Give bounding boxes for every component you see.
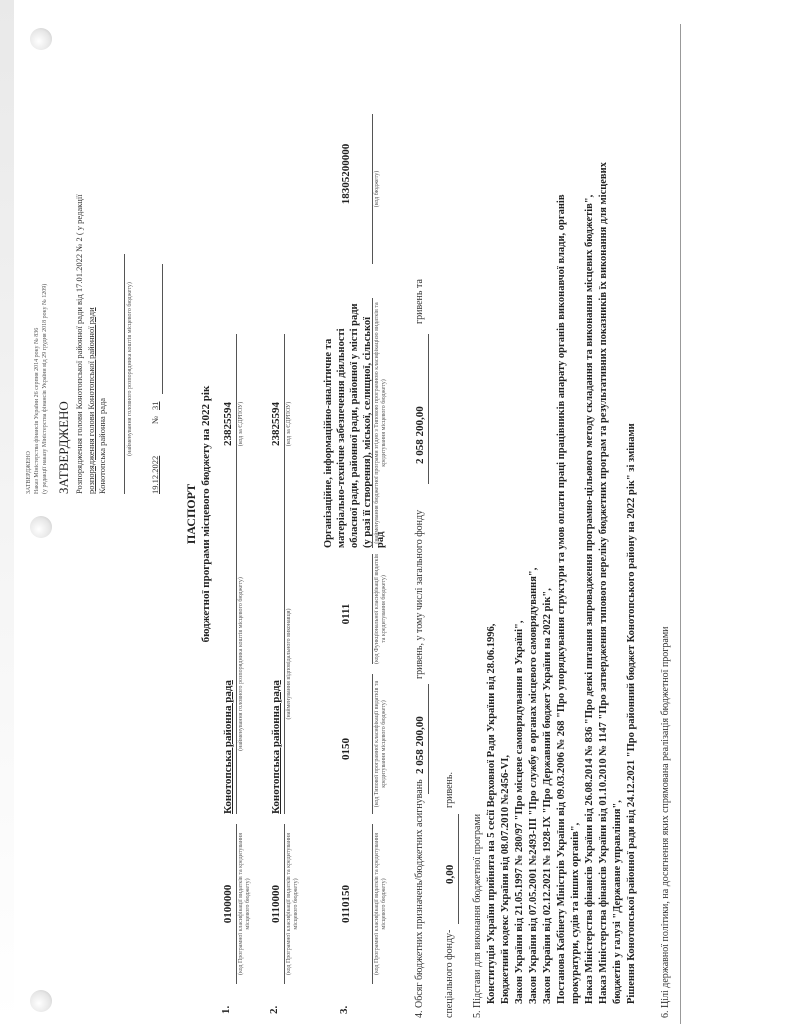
page-subtitle: бюджетної програми місцевого бюджету на … — [200, 264, 212, 764]
passport-document: ЗАТВЕРДЖЕНО Наказ Міністерства фінансів … — [0, 0, 791, 1024]
edrpou-code: 23825594 — [270, 384, 282, 464]
decree-line: розпорядження голови Конотопської районн… — [86, 307, 96, 494]
edrpou-caption: (код за ЄДРПОУ) — [238, 334, 245, 514]
punch-hole — [30, 516, 52, 538]
special-fund-label: спеціального фонду- — [444, 930, 455, 1018]
scanned-page-frame: ЗАТВЕРДЖЕНО Наказ Міністерства фінансів … — [0, 0, 791, 1024]
goals-heading: 6. Цілі державної політики, на досягненн… — [660, 626, 671, 1018]
basis-item: Закон України від 07.05.2001 №2493-III "… — [528, 568, 539, 1004]
budget-caption: (код бюджету) — [374, 114, 381, 264]
basis-item: Бюджетний кодекс України від 08.07.2010 … — [500, 755, 511, 1004]
row-number: 4. — [414, 1011, 425, 1019]
manager-name: Конотопська районна рада — [222, 680, 234, 814]
page-title: ПАСПОРТ — [184, 364, 199, 664]
basis-item: Закон України від 02.12.2021 № 1928-IX "… — [542, 588, 553, 1004]
functional-caption: (код Функціональної класифікації видаткі… — [374, 554, 388, 664]
typical-code: 0150 — [340, 684, 352, 814]
basis-item: Наказ Міністерства фінансів України від … — [598, 162, 609, 1004]
basis-item: Постанова Кабінету Міністрів України від… — [556, 195, 567, 1005]
volume-label: 4. Обсяг бюджетних призначень/бюджетних … — [414, 779, 425, 1018]
program-caption: (найменування бюджетної програми згідно … — [374, 298, 388, 548]
order-reference-edition: (у редакції наказу Міністерства фінансів… — [42, 284, 48, 494]
approved-heading: ЗАТВЕРДЖЕНО — [56, 401, 72, 494]
currency-label: гривень. — [444, 772, 455, 808]
manager-caption: (найменування головного розпорядника кош… — [127, 254, 134, 484]
approval-date: 19.12.2022 — [150, 456, 160, 494]
basis-item: Конституція України прийнята на 5 сесії … — [486, 624, 497, 1004]
code-caption: (код Програмної класифікації видатків та… — [374, 824, 388, 984]
name-caption: (найменування відповідального виконавця) — [286, 514, 293, 814]
order-reference: Наказ Міністерства фінансів України 26 с… — [34, 328, 40, 494]
program-code: 0100000 — [222, 844, 234, 964]
edrpou-code: 23825594 — [222, 384, 234, 464]
volume-tail: гривень та — [414, 279, 425, 324]
row-number: 3. — [338, 1006, 350, 1014]
row-number: 1. — [220, 1006, 232, 1014]
program-code: 0110150 — [340, 844, 352, 964]
executor-name: Конотопська районна рада — [270, 680, 282, 814]
code-caption: (код Програмної класифікації видатків та… — [238, 824, 252, 984]
goals-label: Цілі державної політики, на досягнення я… — [660, 626, 671, 1008]
basis-label: Підстави для виконання бюджетної програм… — [472, 814, 483, 1008]
punch-hole — [30, 990, 52, 1012]
volume-total: 2 058 200,00 — [414, 716, 426, 774]
row-number: 5. — [472, 1011, 483, 1019]
basis-item: Закон України від 21.05.1997 № 280/97 "П… — [514, 621, 525, 1004]
code-caption: (код Програмної класифікації видатків та… — [286, 824, 300, 984]
manager-name: Конотопська районна рада — [97, 398, 107, 494]
approval-number: 31 — [150, 402, 160, 411]
volume-general-fund: 2 058 200,00 — [414, 406, 426, 464]
punch-hole — [30, 28, 52, 50]
table-top-border — [680, 24, 681, 1024]
typical-caption: (код Типової програмної класифікації вид… — [374, 674, 388, 814]
basis-item: прокуратури, судів та інших органів", — [570, 823, 581, 1004]
special-fund-value: 0,00 — [444, 865, 456, 884]
approved-small: ЗАТВЕРДЖЕНО — [26, 451, 32, 494]
volume-mid-text: гривень, у тому числі загального фонду — [414, 510, 425, 679]
basis-item: Наказ Міністерства фінансів України від … — [584, 195, 595, 1004]
decree-line: Розпорядження голови Конотопської районн… — [74, 194, 84, 494]
number-label: № — [150, 416, 160, 424]
row-number: 2. — [268, 1006, 280, 1014]
basis-item: Рішення Конотопської районної ради від 2… — [626, 423, 637, 1004]
volume-text: Обсяг бюджетних призначень/бюджетних аси… — [414, 779, 425, 1008]
scan-edge-shadow — [0, 0, 14, 1024]
program-code: 0110000 — [270, 844, 282, 964]
basis-item: бюджетів у галузі "Державне управління", — [612, 800, 623, 1004]
name-caption: (найменування головного розпорядника кош… — [238, 514, 245, 814]
row-number: 6. — [660, 1011, 671, 1019]
edrpou-caption: (код за ЄДРПОУ) — [286, 334, 293, 514]
basis-heading: 5. Підстави для виконання бюджетної прог… — [472, 814, 483, 1018]
functional-code: 0111 — [340, 564, 352, 664]
budget-code: 18305200000 — [340, 114, 352, 234]
